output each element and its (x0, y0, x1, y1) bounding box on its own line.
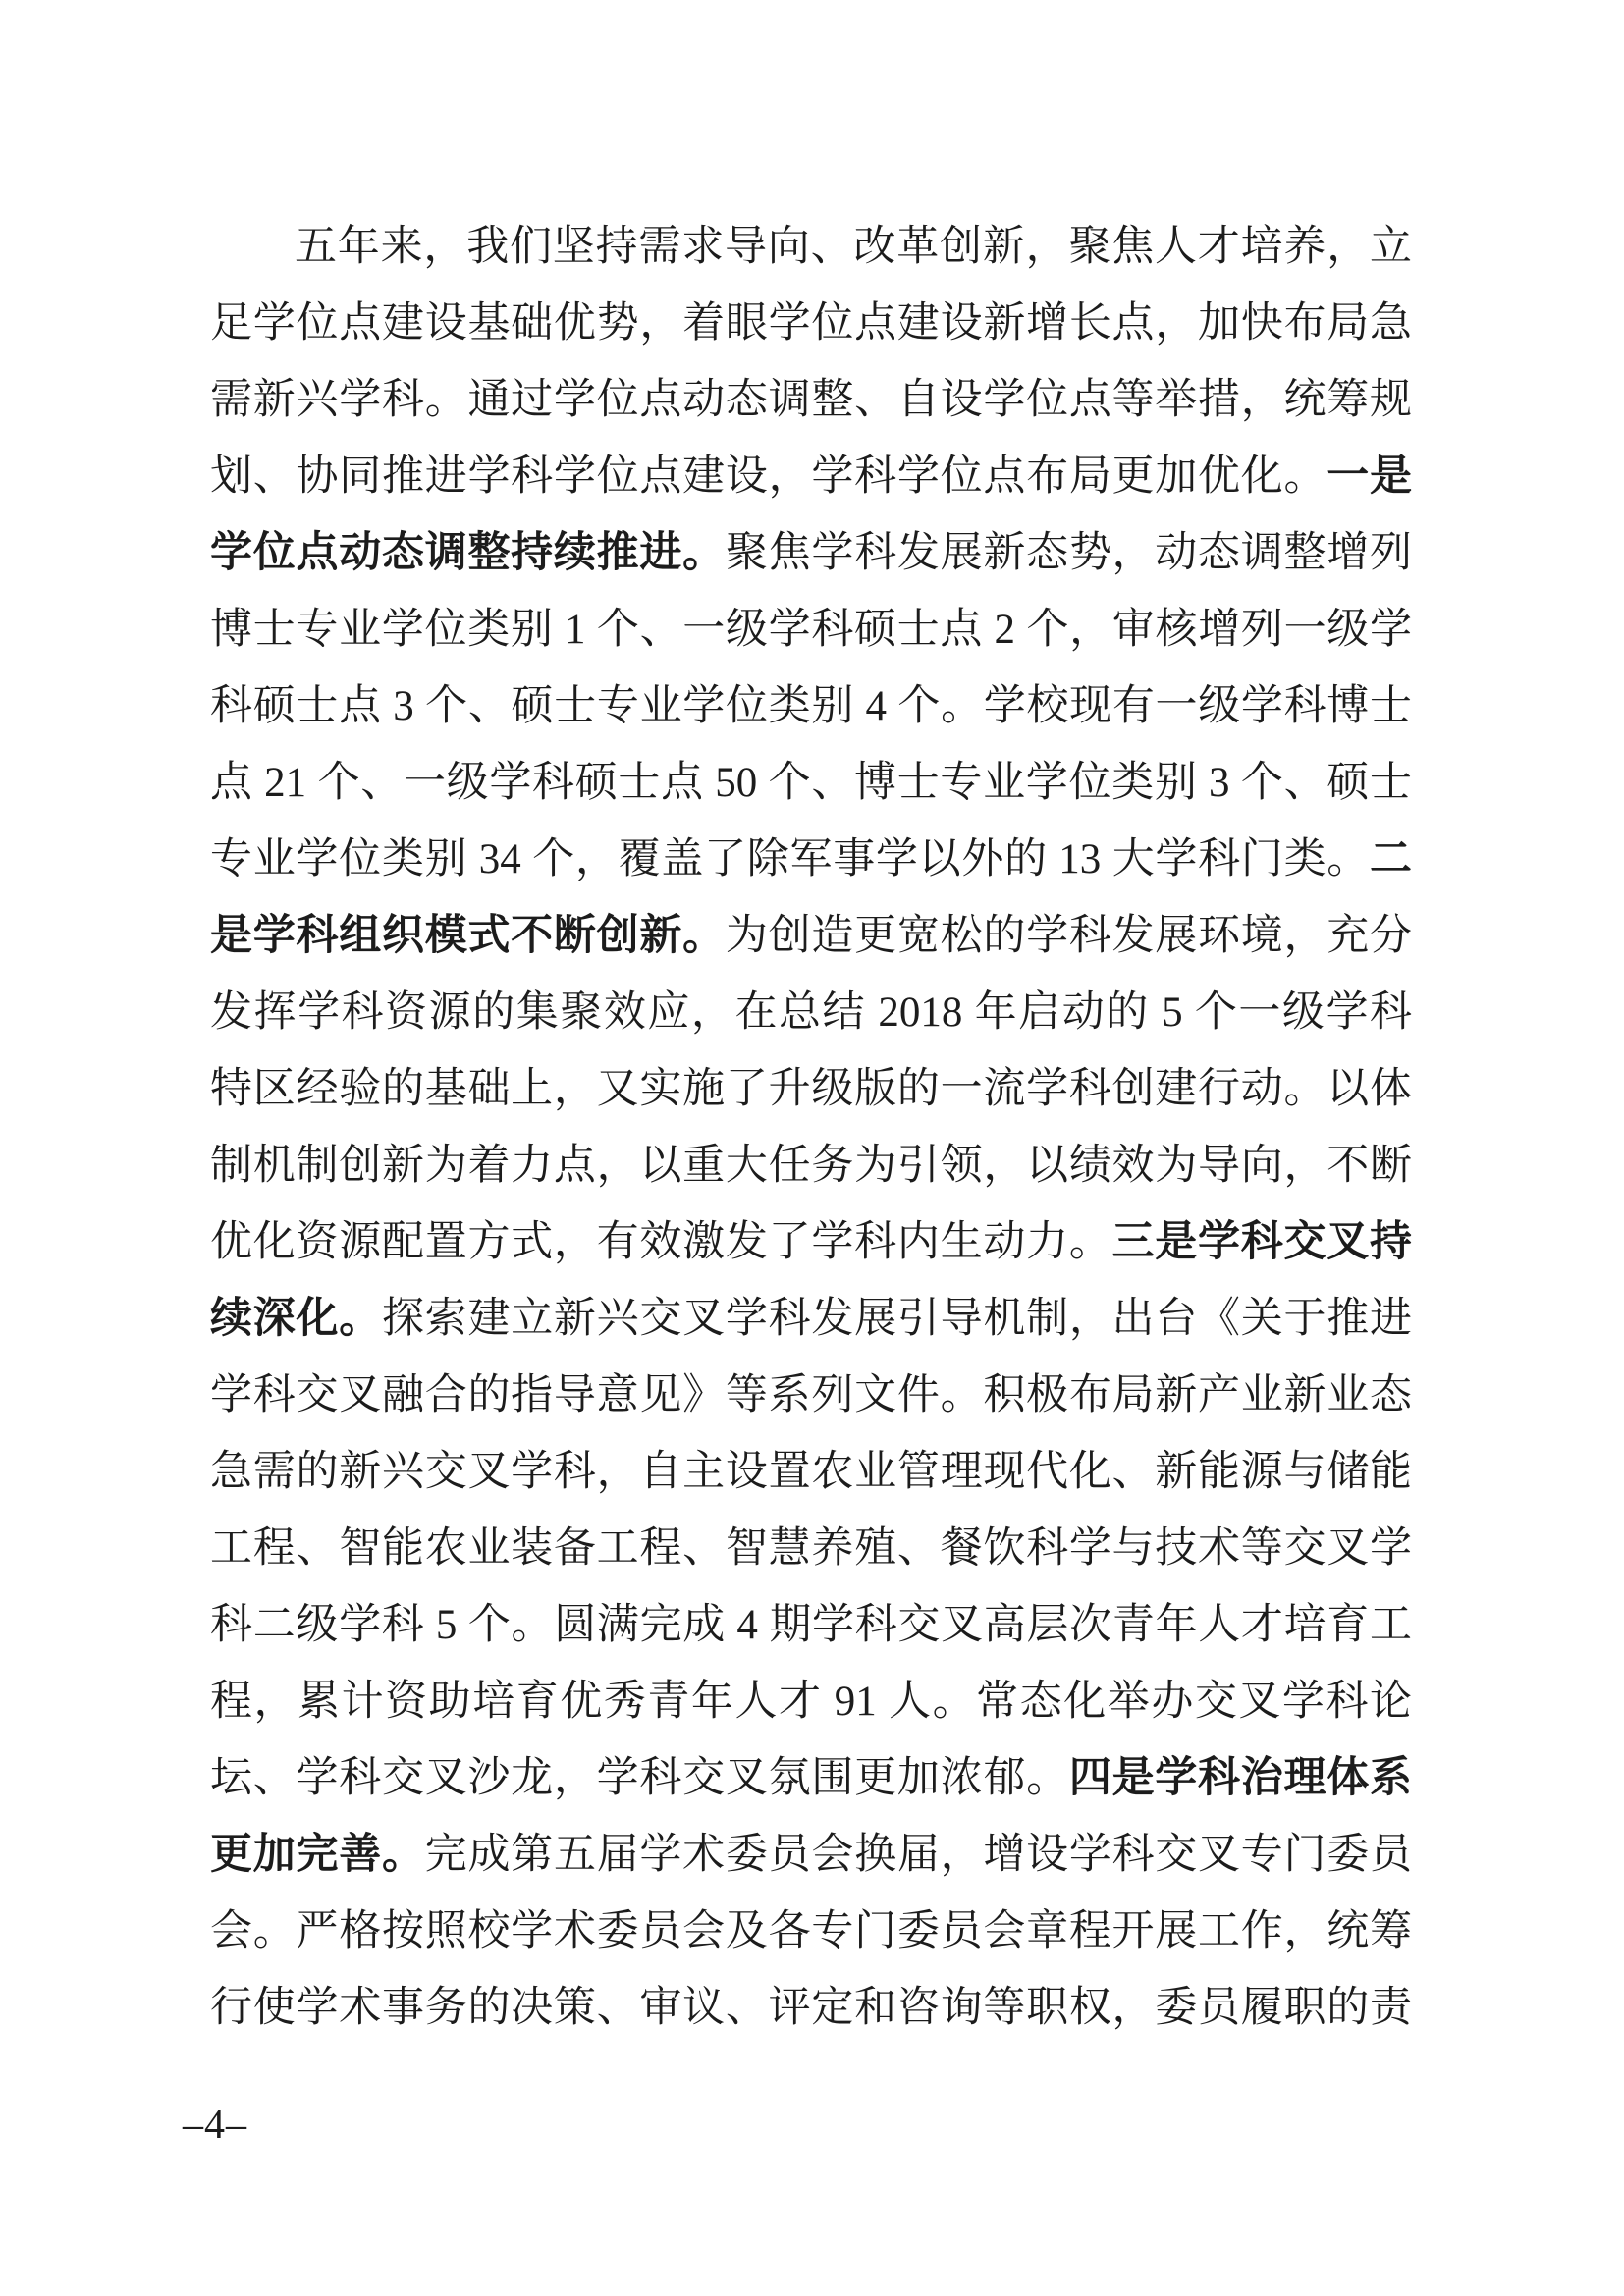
text-run: 制机制创新为着力点，以重大任务为引领，以绩效为导向，不断 (210, 1143, 1412, 1189)
text-run: 需新兴学科。通过学位点动态调整、自设学位点等举措，统筹规 (210, 377, 1412, 423)
text-run: 划、协同推进学科学位点建设，学科学位点布局更加优化。 (210, 454, 1326, 500)
emphasis-text-run: 续深化。 (210, 1296, 382, 1342)
text-run: 专业学位类别 34 个，覆盖了除军事学以外的 13 大学科门类。 (210, 836, 1370, 882)
text-run: 急需的新兴交叉学科，自主设置农业管理现代化、新能源与储能 (210, 1449, 1412, 1495)
text-line: 学科交叉融合的指导意见》等系列文件。积极布局新产业新业态 (210, 1358, 1412, 1434)
text-line: 制机制创新为着力点，以重大任务为引领，以绩效为导向，不断 (210, 1128, 1412, 1204)
text-run: 完成第五届学术委员会换届，增设学科交叉专门委员 (425, 1832, 1412, 1878)
text-run: 发挥学科资源的集聚效应，在总结 2018 年启动的 5 个一级学科 (210, 989, 1412, 1036)
text-line: 专业学位类别 34 个，覆盖了除军事学以外的 13 大学科门类。二 (210, 822, 1412, 898)
text-run: 探索建立新兴交叉学科发展引导机制，出台《关于推进 (382, 1296, 1412, 1342)
text-run: 工程、智能农业装备工程、智慧养殖、餐饮科学与技术等交叉学 (210, 1525, 1412, 1572)
body-text: 五年来，我们坚持需求导向、改革创新，聚焦人才培养，立足学位点建设基础优势，着眼学… (210, 209, 1412, 2047)
text-run: 为创造更宽松的学科发展环境，充分 (726, 913, 1412, 959)
text-line: 五年来，我们坚持需求导向、改革创新，聚焦人才培养，立 (210, 209, 1412, 286)
text-run: 聚焦学科发展新态势，动态调整增列 (726, 530, 1412, 576)
text-line: 博士专业学位类别 1 个、一级学科硕士点 2 个，审核增列一级学 (210, 592, 1412, 668)
text-line: 划、协同推进学科学位点建设，学科学位点布局更加优化。一是 (210, 439, 1412, 515)
text-line: 科二级学科 5 个。圆满完成 4 期学科交叉高层次青年人才培育工 (210, 1587, 1412, 1664)
page-number: –4– (183, 2101, 247, 2150)
text-run: 特区经验的基础上，又实施了升级版的一流学科创建行动。以体 (210, 1066, 1412, 1112)
text-run: 学科交叉融合的指导意见》等系列文件。积极布局新产业新业态 (210, 1372, 1412, 1418)
text-line: 续深化。探索建立新兴交叉学科发展引导机制，出台《关于推进 (210, 1281, 1412, 1358)
text-line: 点 21 个、一级学科硕士点 50 个、博士专业学位类别 3 个、硕士 (210, 745, 1412, 822)
text-line: 行使学术事务的决策、审议、评定和咨询等职权，委员履职的责 (210, 1970, 1412, 2047)
emphasis-text-run: 一是 (1326, 454, 1412, 500)
emphasis-text-run: 二 (1370, 836, 1412, 882)
emphasis-text-run: 四是学科治理体系 (1069, 1755, 1412, 1801)
text-run: 坛、学科交叉沙龙，学科交叉氛围更加浓郁。 (210, 1755, 1069, 1801)
text-run: 科二级学科 5 个。圆满完成 4 期学科交叉高层次青年人才培育工 (210, 1602, 1412, 1648)
text-run: 科硕士点 3 个、硕士专业学位类别 4 个。学校现有一级学科博士 (210, 683, 1412, 729)
text-line: 科硕士点 3 个、硕士专业学位类别 4 个。学校现有一级学科博士 (210, 668, 1412, 745)
text-line: 优化资源配置方式，有效激发了学科内生动力。三是学科交叉持 (210, 1204, 1412, 1281)
text-line: 是学科组织模式不断创新。为创造更宽松的学科发展环境，充分 (210, 898, 1412, 975)
text-line: 需新兴学科。通过学位点动态调整、自设学位点等举措，统筹规 (210, 362, 1412, 439)
text-line: 特区经验的基础上，又实施了升级版的一流学科创建行动。以体 (210, 1051, 1412, 1128)
document-page: 五年来，我们坚持需求导向、改革创新，聚焦人才培养，立足学位点建设基础优势，着眼学… (0, 0, 1624, 2296)
text-run: 行使学术事务的决策、审议、评定和咨询等职权，委员履职的责 (210, 1985, 1412, 2031)
text-run: 会。严格按照校学术委员会及各专门委员会章程开展工作，统筹 (210, 1908, 1412, 1954)
emphasis-text-run: 更加完善。 (210, 1832, 425, 1878)
text-line: 发挥学科资源的集聚效应，在总结 2018 年启动的 5 个一级学科 (210, 975, 1412, 1051)
text-line: 程，累计资助培育优秀青年人才 91 人。常态化举办交叉学科论 (210, 1664, 1412, 1740)
text-run: 点 21 个、一级学科硕士点 50 个、博士专业学位类别 3 个、硕士 (210, 760, 1412, 806)
emphasis-text-run: 三是学科交叉持 (1112, 1219, 1412, 1265)
text-line: 学位点动态调整持续推进。聚焦学科发展新态势，动态调整增列 (210, 515, 1412, 592)
text-line: 足学位点建设基础优势，着眼学位点建设新增长点，加快布局急 (210, 286, 1412, 362)
text-line: 更加完善。完成第五届学术委员会换届，增设学科交叉专门委员 (210, 1817, 1412, 1894)
text-line: 工程、智能农业装备工程、智慧养殖、餐饮科学与技术等交叉学 (210, 1511, 1412, 1587)
text-run: 优化资源配置方式，有效激发了学科内生动力。 (210, 1219, 1112, 1265)
text-line: 急需的新兴交叉学科，自主设置农业管理现代化、新能源与储能 (210, 1434, 1412, 1511)
text-run: 足学位点建设基础优势，着眼学位点建设新增长点，加快布局急 (210, 300, 1412, 347)
text-line: 会。严格按照校学术委员会及各专门委员会章程开展工作，统筹 (210, 1894, 1412, 1970)
text-run: 程，累计资助培育优秀青年人才 91 人。常态化举办交叉学科论 (210, 1679, 1412, 1725)
text-run: 博士专业学位类别 1 个、一级学科硕士点 2 个，审核增列一级学 (210, 607, 1412, 653)
emphasis-text-run: 学位点动态调整持续推进。 (210, 530, 726, 576)
text-run: 五年来，我们坚持需求导向、改革创新，聚焦人才培养，立 (295, 224, 1412, 270)
emphasis-text-run: 是学科组织模式不断创新。 (210, 913, 726, 959)
text-line: 坛、学科交叉沙龙，学科交叉氛围更加浓郁。四是学科治理体系 (210, 1740, 1412, 1817)
